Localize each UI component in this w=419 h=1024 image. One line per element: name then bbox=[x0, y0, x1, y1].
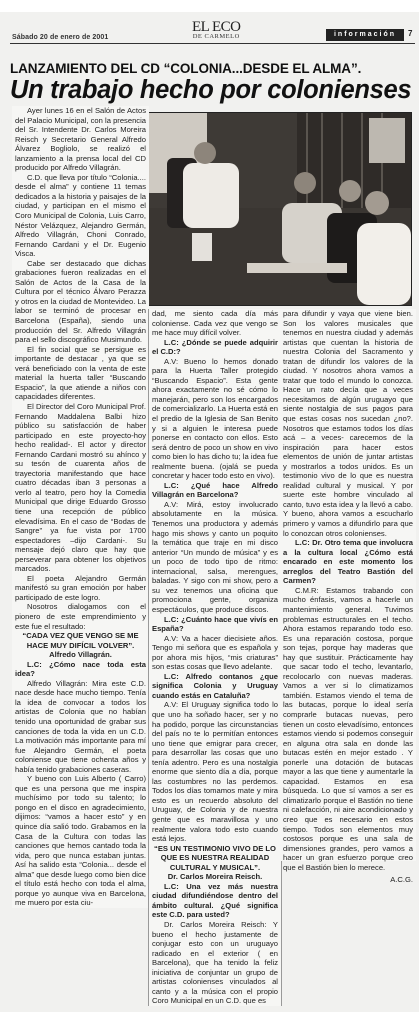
interview-question: L.C: ¿Qué hace Alfredo Villagrán en Barc… bbox=[152, 481, 278, 500]
paragraph: Ayer lunes 16 en el Salón de Actos del P… bbox=[15, 106, 146, 173]
pull-quote-attribution: Alfredo Villagrán. bbox=[15, 650, 146, 660]
logo-subtitle: DE CARMELO bbox=[192, 34, 241, 41]
paragraph: para difundir y vaya que viene bien. Son… bbox=[283, 309, 413, 538]
paragraph: A.V: Mirá, estoy involucrado absolutamen… bbox=[152, 500, 278, 615]
paragraph: Y bueno con Luis Alberto ( Carro) que es… bbox=[15, 774, 146, 908]
pull-quote: “CADA VEZ QUE VENGO SE ME HACE MUY DIFÍC… bbox=[15, 631, 146, 650]
article-column-2: dad, me siento cada día más coloniense. … bbox=[148, 309, 282, 1006]
page-header: Sábado 20 de enero de 2001 EL ECO DE CAR… bbox=[10, 20, 415, 46]
article-kicker: LANZAMIENTO DEL CD “COLONIA...DESDE EL A… bbox=[10, 61, 410, 76]
paragraph: C.D. que lleva por título “Colonia.... d… bbox=[15, 173, 146, 259]
newspaper-logo: EL ECO DE CARMELO bbox=[192, 20, 241, 41]
article-headline: Un trabajo hecho por colonienses bbox=[10, 76, 415, 105]
interview-question: L.C: Dr. Otro tema que involucra a la cu… bbox=[283, 538, 413, 586]
page-number: 7 bbox=[408, 29, 412, 38]
article-column-1: Ayer lunes 16 en el Salón de Actos del P… bbox=[12, 106, 149, 908]
issue-date: Sábado 20 de enero de 2001 bbox=[12, 34, 108, 41]
interview-question: L.C: ¿Dónde se puede adquirir el C.D:? bbox=[152, 338, 278, 357]
paragraph: A.V: Bueno lo hemos donado para la Huert… bbox=[152, 357, 278, 481]
paragraph: dad, me siento cada día más coloniense. … bbox=[152, 309, 278, 338]
section-label: información bbox=[326, 29, 404, 41]
paragraph: Dr. Carlos Moreira Reisch: Y bueno el he… bbox=[152, 920, 278, 1006]
header-rule bbox=[10, 43, 415, 44]
interview-question: L.C: ¿Cómo nace toda esta idea? bbox=[15, 660, 146, 679]
paragraph: A.V: Va a hacer diecisiete años. Tengo m… bbox=[152, 634, 278, 672]
photo-icon bbox=[147, 113, 411, 305]
pull-quote-attribution: Dr. Carlos Moreira Reisch. bbox=[152, 872, 278, 882]
paragraph: Cabe ser destacado que dichas grabacione… bbox=[15, 259, 146, 345]
paragraph: A.V: El Uruguay significa todo lo que un… bbox=[152, 700, 278, 843]
pull-quote: “ES UN TESTIMONIO VIVO DE LO QUE ES NUES… bbox=[152, 844, 278, 873]
interview-question: L.C: Alfredo contanos ¿que significa Col… bbox=[152, 672, 278, 701]
author-signature: A.C.G. bbox=[283, 875, 413, 885]
interview-question: L.C: Una vez más nuestra ciudad difundié… bbox=[152, 882, 278, 920]
paragraph: Alfredo Villagrán: Mira este C.D. nace d… bbox=[15, 679, 146, 774]
interview-question: L.C: ¿Cuánto hace que vivís en España? bbox=[152, 615, 278, 634]
paragraph: Nosotros dialogamos con el pionero de es… bbox=[15, 602, 146, 631]
paragraph: El Director del Coro Municipal Prof. Fer… bbox=[15, 402, 146, 574]
paragraph: El poeta Alejandro Germán manifestó su g… bbox=[15, 574, 146, 603]
paragraph: C.M.R: Estamos trabando con mucho énfasi… bbox=[283, 586, 413, 872]
article-photo bbox=[146, 112, 412, 306]
newspaper-page: Sábado 20 de enero de 2001 EL ECO DE CAR… bbox=[0, 0, 419, 1024]
article-column-3: para difundir y vaya que viene bien. Son… bbox=[280, 309, 416, 861]
paragraph: El fin social que se persigue es importa… bbox=[15, 345, 146, 402]
